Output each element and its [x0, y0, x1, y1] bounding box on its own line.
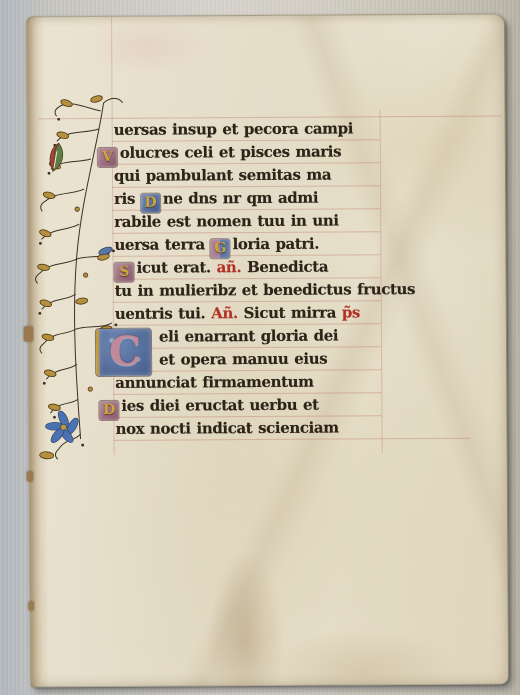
latin-text: loria patri.	[233, 235, 320, 254]
manuscript-text-line: uersa terra Gloria patri.	[114, 234, 319, 258]
manuscript-text-line: qui pambulant semitas ma	[114, 165, 331, 189]
latin-text: uersas insup et pecora campi	[114, 119, 353, 138]
manuscript-text-line: rabile est nomen tuu in uni	[114, 211, 339, 235]
rubric-text: p̃s	[342, 303, 360, 321]
latin-text: ies diei eructat uerbu et	[121, 396, 318, 415]
latin-text: et opera manuu eius	[159, 350, 327, 369]
latin-text: Benedicta	[241, 258, 328, 277]
manuscript-text-line: nox nocti indicat scienciam	[115, 418, 338, 442]
latin-text-block: uersas insup et pecora campiVolucres cel…	[0, 0, 520, 695]
manuscript-text-line: Volucres celi et pisces maris	[114, 142, 341, 166]
illuminated-initial-g: G	[211, 239, 230, 258]
manuscript-text-line: uersas insup et pecora campi	[114, 118, 353, 142]
latin-text: rabile est nomen tuu in uni	[114, 212, 338, 231]
manuscript-text-line: ris Dne dns nr qm admi	[114, 188, 318, 212]
latin-text: olucres celi et pisces maris	[120, 143, 341, 162]
latin-text: tu in mulieribz et benedictus fructus	[115, 280, 415, 300]
latin-text: nox nocti indicat scienciam	[115, 419, 338, 438]
illuminated-initial-d: D	[141, 194, 160, 213]
latin-text: uersa terra	[114, 235, 210, 254]
latin-text: qui pambulant semitas ma	[114, 166, 331, 185]
illuminated-initial-c-large: C	[96, 329, 151, 376]
manuscript-text-line: Sicut erat. añ. Benedicta	[114, 257, 328, 281]
latin-text: uentris tui.	[115, 304, 211, 323]
latin-text: eli enarrant gloria dei	[159, 327, 338, 346]
latin-text: ris	[114, 190, 141, 208]
illuminated-initial-s: S	[115, 263, 134, 282]
manuscript-text-line: uentris tui. Añ. Sicut mirra p̃s	[115, 302, 360, 326]
rubric-text: Añ.	[211, 304, 238, 322]
latin-text: ne dns nr qm admi	[163, 189, 318, 208]
illuminated-initial-v: V	[98, 148, 117, 167]
latin-text: icut erat.	[137, 258, 217, 276]
latin-text: Sicut mirra	[238, 303, 342, 322]
manuscript-leaf-group: uersas insup et pecora campiVolucres cel…	[0, 0, 520, 695]
rubric-text: añ.	[217, 258, 242, 276]
manuscript-text-line: tu in mulieribz et benedictus fructus	[115, 279, 415, 304]
illuminated-initial-d: D	[99, 401, 118, 420]
manuscript-text-line: Dies diei eructat uerbu et	[115, 395, 318, 419]
photograph-of-manuscript-leaf: uersas insup et pecora campiVolucres cel…	[0, 0, 520, 695]
